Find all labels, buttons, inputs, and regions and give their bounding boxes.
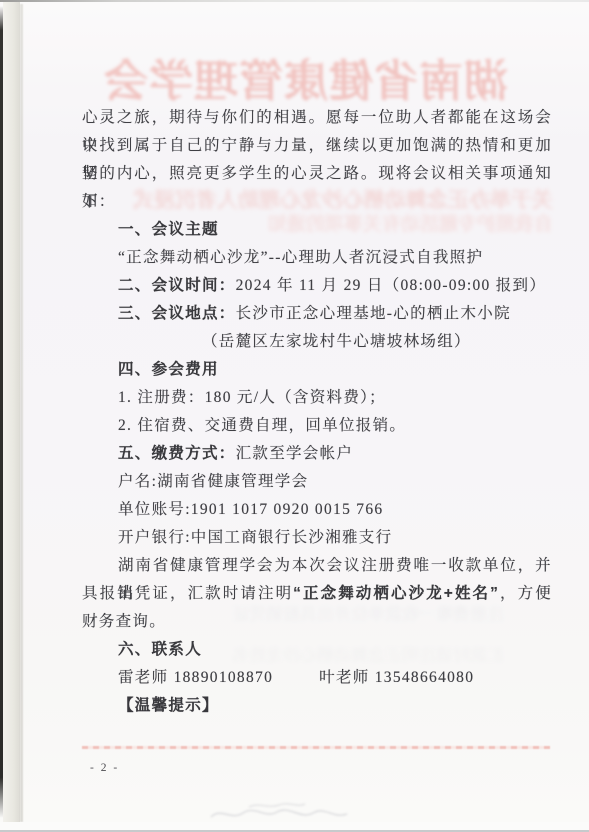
doc-text: “正念舞动栖心沙龙”--心理助人者沉浸式自我照护 xyxy=(118,249,483,266)
doc-line: 户名:湖南省健康管理学会 xyxy=(82,468,552,496)
scan-edge-left-line xyxy=(0,6,3,818)
doc-text: 雷老师 18890108870 xyxy=(118,669,273,686)
doc-line: 单位账号:1901 1017 0920 0015 766 xyxy=(82,496,552,524)
doc-text: 单位账号:1901 1017 0920 0015 766 xyxy=(118,501,383,518)
document-body: 心灵之旅，期待与你们的相遇。愿每一位助人者都能在这场会议中找到属于自己的宁静与力… xyxy=(82,104,552,720)
doc-text-bold: “正念舞动栖心沙龙+姓名” xyxy=(293,585,499,602)
doc-line: 韧的内心，照亮更多学生的心灵之路。现将会议相关事项通知如 xyxy=(82,160,552,188)
doc-line: 财务查询。 xyxy=(82,608,552,636)
doc-text-bold: 【温馨提示】 xyxy=(118,697,219,714)
doc-text: 开户银行:中国工商银行长沙湘雅支行 xyxy=(118,529,392,546)
doc-text-bold: 六、联系人 xyxy=(118,641,202,658)
doc-line: 2. 住宿费、交通费自理，回单位报销。 xyxy=(82,412,552,440)
doc-line: 六、联系人 xyxy=(82,636,552,664)
doc-text-bold: 二、会议时间： xyxy=(118,277,236,294)
doc-line: 一、会议主题 xyxy=(82,216,552,244)
doc-text: 2024 年 11 月 29 日（08:00-09:00 报到） xyxy=(236,277,547,294)
smudge-stroke-secondary xyxy=(249,804,305,807)
doc-text: 2. 住宿费、交通费自理，回单位报销。 xyxy=(118,417,406,434)
page-fold-shadow xyxy=(20,4,23,822)
doc-text-bold: 一、会议主题 xyxy=(118,221,219,238)
smudge-stroke-main xyxy=(211,810,347,817)
doc-text: 具报销凭证，汇款时请注明 xyxy=(82,585,293,602)
doc-line: 1. 注册费：180 元/人（含资料费）； xyxy=(82,384,552,412)
doc-text-bold: 五、缴费方式： xyxy=(118,445,236,462)
doc-text: 1. 注册费：180 元/人（含资料费）； xyxy=(118,389,386,406)
doc-line: 具报销凭证，汇款时请注明“正念舞动栖心沙龙+姓名”，方便 xyxy=(82,580,552,608)
doc-line: （岳麓区左家垅村牛心塘坡林场组） xyxy=(82,328,552,356)
doc-line: 湖南省健康管理学会为本次会议注册费唯一收款单位，并出 xyxy=(82,552,552,580)
scan-edge-top xyxy=(0,0,589,2)
doc-text: 财务查询。 xyxy=(82,613,166,630)
doc-line: 五、缴费方式：汇款至学会帐户 xyxy=(82,440,552,468)
doc-line: 四、参会费用 xyxy=(82,356,552,384)
doc-line: 中找到属于自己的宁静与力量，继续以更加饱满的热情和更加坚 xyxy=(82,132,552,160)
doc-text: ，方便 xyxy=(499,585,552,602)
doc-text: （岳麓区左家垅村牛心塘坡林场组） xyxy=(202,333,471,350)
doc-text: 长沙市正念心理基地-心的栖止木小院 xyxy=(236,305,511,322)
doc-text: 叶老师 13548664080 xyxy=(319,669,474,686)
doc-text: 下： xyxy=(82,193,116,210)
bleedthrough-letterhead-title: 湖南省健康管理学会 xyxy=(94,56,508,108)
page-number: - 2 - xyxy=(90,762,119,774)
doc-text: 户名:湖南省健康管理学会 xyxy=(118,473,308,490)
doc-line: 【温馨提示】 xyxy=(82,692,552,720)
scan-smudge-mark xyxy=(205,795,355,827)
doc-line: 心灵之旅，期待与你们的相遇。愿每一位助人者都能在这场会议 xyxy=(82,104,552,132)
doc-text-bold: 三、会议地点： xyxy=(118,305,236,322)
doc-text: 汇款至学会帐户 xyxy=(236,445,354,462)
doc-line: 二、会议时间：2024 年 11 月 29 日（08:00-09:00 报到） xyxy=(82,272,552,300)
footer-divider-line xyxy=(82,746,550,749)
doc-line: 三、会议地点：长沙市正念心理基地-心的栖止木小院 xyxy=(82,300,552,328)
scan-edge-left-strip xyxy=(3,2,20,824)
scanned-document-page: 湖南省健康管理学会 关于举办正念舞动栖心沙龙心理助人者沉浸式 自我照护专题活动有… xyxy=(0,0,589,832)
doc-line: 下： xyxy=(82,188,552,216)
doc-line: 雷老师 18890108870叶老师 13548664080 xyxy=(82,664,552,692)
doc-line: 开户银行:中国工商银行长沙湘雅支行 xyxy=(82,524,552,552)
doc-text-bold: 四、参会费用 xyxy=(118,361,219,378)
doc-line: “正念舞动栖心沙龙”--心理助人者沉浸式自我照护 xyxy=(82,244,552,272)
